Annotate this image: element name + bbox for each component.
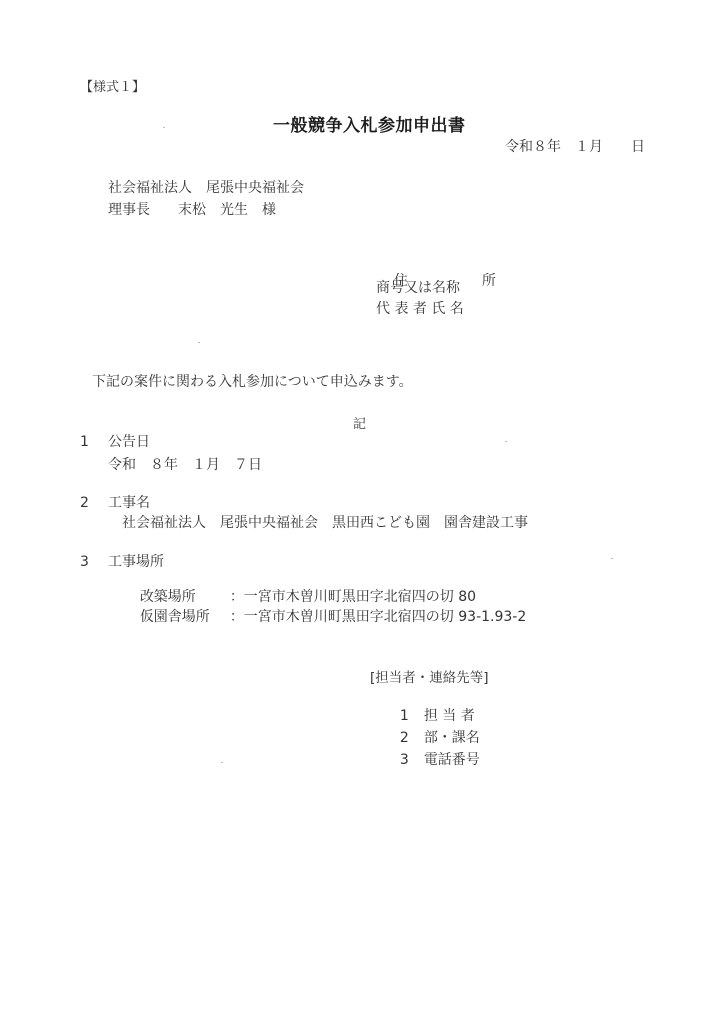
submission-date: 令和８年 １月 日	[505, 140, 645, 154]
document-title: 一般競争入札参加申出書	[273, 118, 466, 135]
contact-item-phone: 3電話番号	[382, 739, 480, 781]
location-row-temporary: 仮園舎場所：一宮市木曽川町黒田字北宿四の切 93-1.93-2	[122, 596, 526, 638]
section-3-title: 工事場所	[108, 555, 164, 569]
scan-speck	[163, 127, 165, 128]
section-2-body: 社会福祉法人 尾張中央福祉会 黒田西こども園 園舎建設工事	[122, 516, 528, 530]
applicant-field-representative: 代 表 者 氏 名	[376, 302, 464, 316]
section-2-number: 2	[80, 496, 89, 510]
location-value: ：一宮市木曽川町黒田字北宿四の切 93-1.93-2	[230, 609, 526, 625]
contact-item-label: 電話番号	[424, 752, 480, 768]
form-label: 【様式１】	[80, 81, 145, 94]
ki-heading: 記	[353, 418, 366, 431]
section-1-body: 令和 ８年 １月 ７日	[108, 458, 262, 472]
contact-heading: [担当者・連絡先等]	[370, 672, 489, 686]
contact-item-number: 3	[400, 753, 424, 767]
address-label-end: 所	[482, 273, 496, 289]
scan-speck	[221, 762, 223, 763]
addressee-recipient: 理事長 末松 光生 様	[108, 203, 276, 217]
section-1-number: 1	[80, 435, 89, 449]
applicant-field-company-name: 商号又は名称	[376, 281, 460, 295]
addressee-organization: 社会福祉法人 尾張中央福祉会	[108, 181, 304, 195]
section-1-title: 公告日	[108, 435, 150, 449]
section-3-number: 3	[80, 555, 89, 569]
scan-speck	[611, 558, 613, 559]
intro-text: 下記の案件に関わる入札参加について申込みます。	[92, 375, 413, 389]
scan-speck	[198, 342, 200, 343]
section-2-title: 工事名	[108, 496, 150, 510]
location-label: 仮園舎場所	[140, 610, 230, 624]
scan-speck	[505, 441, 507, 442]
